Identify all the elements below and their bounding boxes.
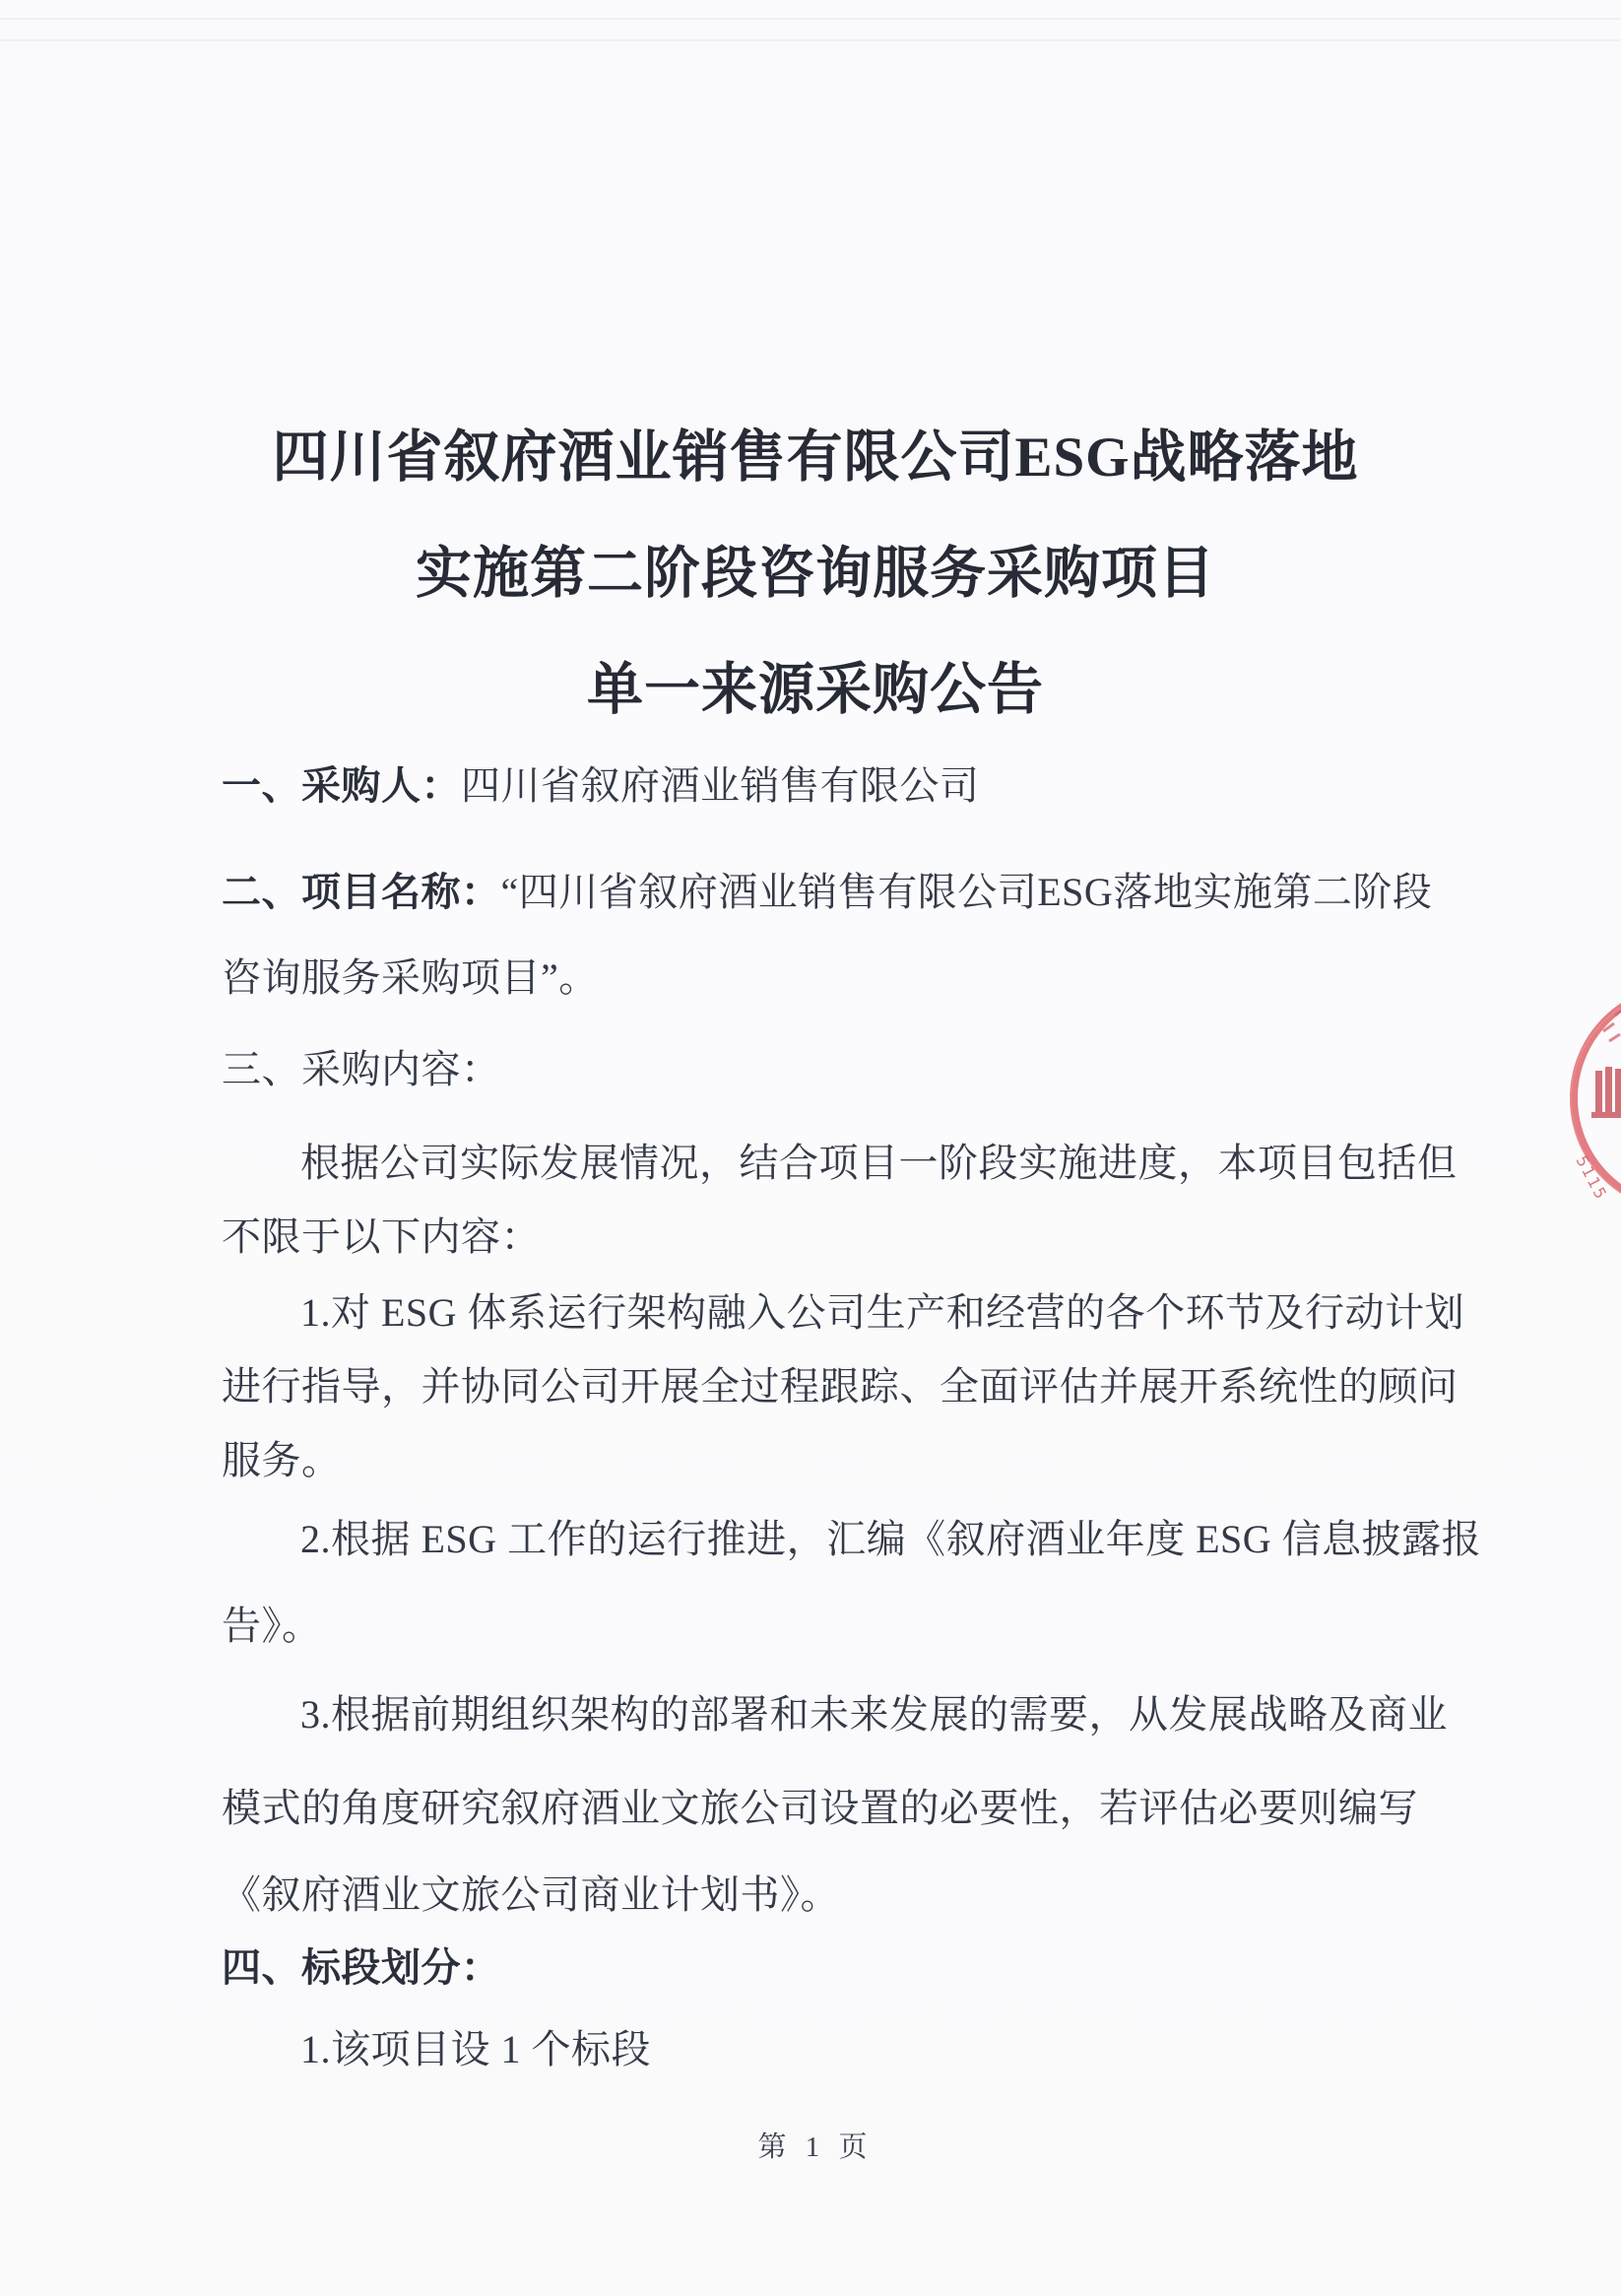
seal-emblem (1591, 1067, 1621, 1118)
page-number: 第 1 页 (222, 2118, 1409, 2177)
line-item4-1: 1.该项目设 1 个标段 (222, 2007, 1488, 2091)
section-1-label: 一、采购人： (222, 763, 461, 808)
section-4-label: 四、标段划分： (222, 1945, 501, 1990)
title-line-3: 单一来源采购公告 (222, 632, 1409, 749)
line-item3-2: 模式的角度研究叙府酒业文旅公司设置的必要性，若评估必要则编写 (222, 1766, 1409, 1850)
section-1-value: 四川省叙府酒业销售有限公司 (461, 763, 980, 808)
document-title: 四川省叙府酒业销售有限公司ESG战略落地 实施第二阶段咨询服务采购项目 单一来源… (222, 400, 1409, 749)
line-project-name-2: 咨询服务采购项目”。 (222, 936, 1409, 1019)
line-item1-3: 服务。 (222, 1418, 1409, 1502)
line-item2-1: 2.根据 ESG 工作的运行推进，汇编《叙府酒业年度 ESG 信息披露报 (222, 1497, 1488, 1581)
line-item3-1: 3.根据前期组织架构的部署和未来发展的需要，从发展战略及商业 (222, 1673, 1488, 1756)
scanned-document-page: 四川省叙府酒业销售有限公司ESG战略落地 实施第二阶段咨询服务采购项目 单一来源… (0, 0, 1621, 2296)
section-2-value-line-2: 咨询服务采购项目”。 (222, 955, 599, 1000)
line-item3-3: 《叙府酒业文旅公司商业计划书》。 (222, 1853, 1409, 1936)
line-purchaser: 一、采购人：四川省叙府酒业销售有限公司 (222, 744, 1409, 827)
line-lot-division-heading: 四、标段划分： (222, 1926, 1409, 2009)
scan-artifact-line (0, 39, 1621, 41)
line-item1-1: 1.对 ESG 体系运行架构融入公司生产和经营的各个环节及行动计划 (222, 1271, 1488, 1354)
line-project-name-1: 二、项目名称：“四川省叙府酒业销售有限公司ESG落地实施第二阶段 (222, 850, 1409, 934)
scan-artifact-line (0, 18, 1621, 20)
section-2-value-line-1: “四川省叙府酒业销售有限公司ESG落地实施第二阶段 (501, 870, 1433, 914)
title-line-1: 四川省叙府酒业销售有限公司ESG战略落地 (222, 400, 1409, 516)
line-intro-1: 根据公司实际发展情况，结合项目一阶段实施进度，本项目包括但 (222, 1121, 1488, 1205)
line-item2-2: 告》。 (222, 1584, 1409, 1668)
line-intro-2: 不限于以下内容： (222, 1195, 1409, 1279)
section-3-label: 三、采购内容： (222, 1047, 501, 1091)
section-2-label: 二、项目名称： (222, 870, 501, 914)
line-procurement-content-heading: 三、采购内容： (222, 1027, 1409, 1111)
official-seal: 5115 (1552, 980, 1621, 1236)
line-item1-2: 进行指导，并协同公司开展全过程跟踪、全面评估并展开系统性的顾问 (222, 1345, 1409, 1428)
title-line-2: 实施第二阶段咨询服务采购项目 (222, 516, 1409, 632)
